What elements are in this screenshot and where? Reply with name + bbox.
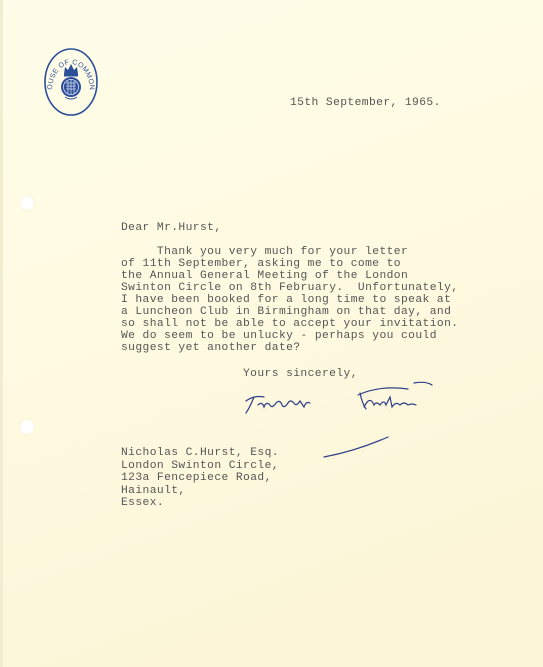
portcullis-crown-crest-icon: HOUSE OF COMMONS [43,47,99,117]
body-line: I have been booked for a long time to sp… [121,294,451,306]
address-line: London Swinton Circle, [121,460,279,472]
body-line: We do seem to be unlucky - perhaps you c… [121,330,437,342]
address-line: Nicholas C.Hurst, Esq. [121,447,279,459]
punch-hole [20,196,34,210]
address-line: Essex. [121,497,164,509]
body-line: so shall not be able to accept your invi… [121,318,458,330]
address-line: Hainault, [121,485,186,497]
body-line: of 11th September, asking me to come to [121,258,401,270]
salutation: Dear Mr.Hurst, [121,222,222,234]
paper-edge [0,0,3,667]
punch-hole [20,420,34,434]
address-line: 123a Fencepiece Road, [121,472,272,484]
body-line: Swinton Circle on 8th February. Unfortun… [121,282,458,294]
body-line: a Luncheon Club in Birmingham on that da… [121,306,451,318]
letter-date: 15th September, 1965. [290,97,441,109]
body-line: suggest yet another date? [121,342,300,354]
body-line: the Annual General Meeting of the London [121,270,408,282]
body-line: Thank you very much for your letter [121,246,408,258]
